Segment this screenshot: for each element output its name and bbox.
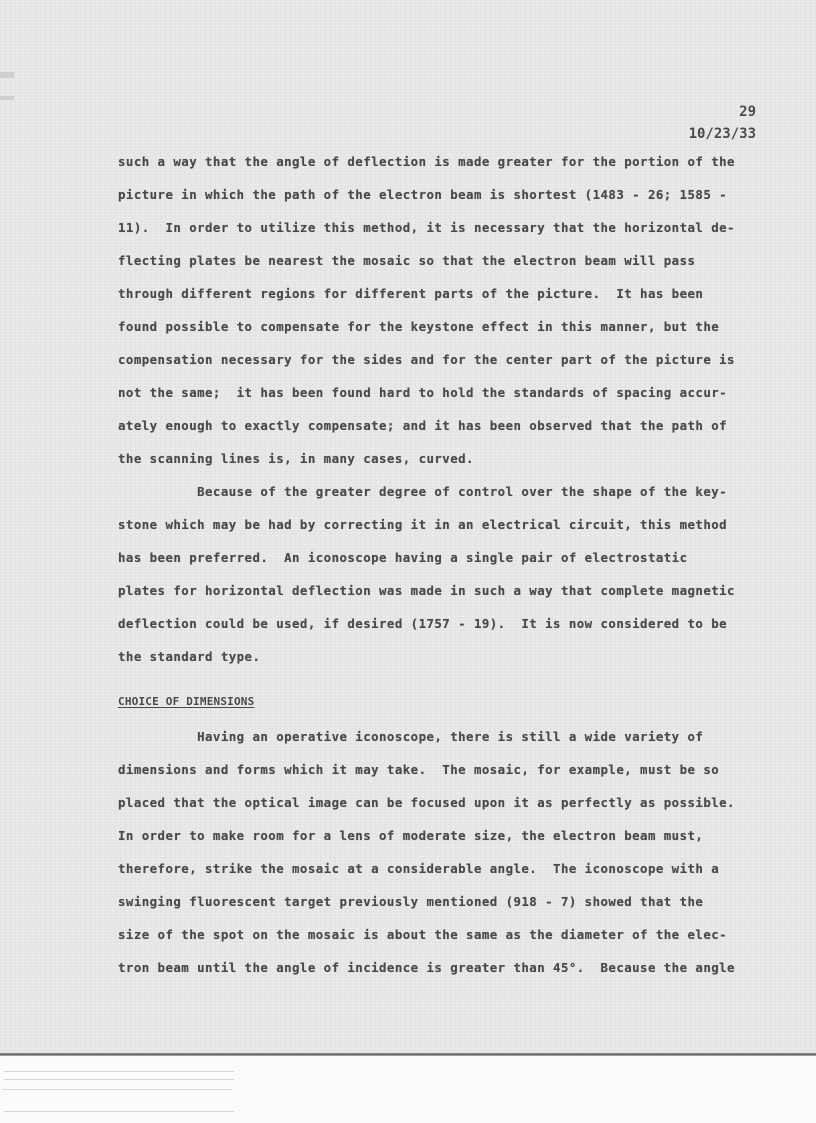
scan-artifact bbox=[0, 72, 14, 78]
section-line: swinging fluorescent target previously m… bbox=[118, 894, 748, 910]
body-line: 11). In order to utilize this method, it… bbox=[118, 220, 748, 236]
page-header: 29 10/23/33 bbox=[689, 101, 756, 145]
body-line: Because of the greater degree of control… bbox=[118, 484, 748, 500]
page-number: 29 bbox=[689, 101, 756, 123]
scan-artifact bbox=[4, 1079, 234, 1080]
body-line: not the same; it has been found hard to … bbox=[118, 385, 748, 401]
body-line: deflection could be used, if desired (17… bbox=[118, 616, 748, 632]
section-heading: CHOICE OF DIMENSIONS bbox=[118, 694, 254, 710]
body-line: found possible to compensate for the key… bbox=[118, 319, 748, 335]
section-line: placed that the optical image can be foc… bbox=[118, 795, 748, 811]
scan-artifact bbox=[0, 96, 14, 100]
body-line: such a way that the angle of deflection … bbox=[118, 154, 748, 170]
page-date: 10/23/33 bbox=[689, 123, 756, 145]
body-line: the standard type. bbox=[118, 649, 748, 665]
scan-artifact bbox=[2, 1089, 232, 1090]
section-line: Having an operative iconoscope, there is… bbox=[118, 729, 748, 745]
section-line: In order to make room for a lens of mode… bbox=[118, 828, 748, 844]
section-line: size of the spot on the mosaic is about … bbox=[118, 927, 748, 943]
body-line: through different regions for different … bbox=[118, 286, 748, 302]
section-line: tron beam until the angle of incidence i… bbox=[118, 960, 748, 976]
section-line: dimensions and forms which it may take. … bbox=[118, 762, 748, 778]
scan-artifact bbox=[4, 1071, 234, 1072]
body-line: picture in which the path of the electro… bbox=[118, 187, 748, 203]
body-line: stone which may be had by correcting it … bbox=[118, 517, 748, 533]
body-line: has been preferred. An iconoscope having… bbox=[118, 550, 748, 566]
body-line: plates for horizontal deflection was mad… bbox=[118, 583, 748, 599]
body-line: the scanning lines is, in many cases, cu… bbox=[118, 451, 748, 467]
body-line: compensation necessary for the sides and… bbox=[118, 352, 748, 368]
body-line: ately enough to exactly compensate; and … bbox=[118, 418, 748, 434]
body-line: flecting plates be nearest the mosaic so… bbox=[118, 253, 748, 269]
section-line: therefore, strike the mosaic at a consid… bbox=[118, 861, 748, 877]
scan-margin bbox=[0, 1056, 816, 1123]
scan-artifact bbox=[4, 1111, 234, 1112]
scanned-page: 29 10/23/33 such a way that the angle of… bbox=[0, 0, 816, 1055]
